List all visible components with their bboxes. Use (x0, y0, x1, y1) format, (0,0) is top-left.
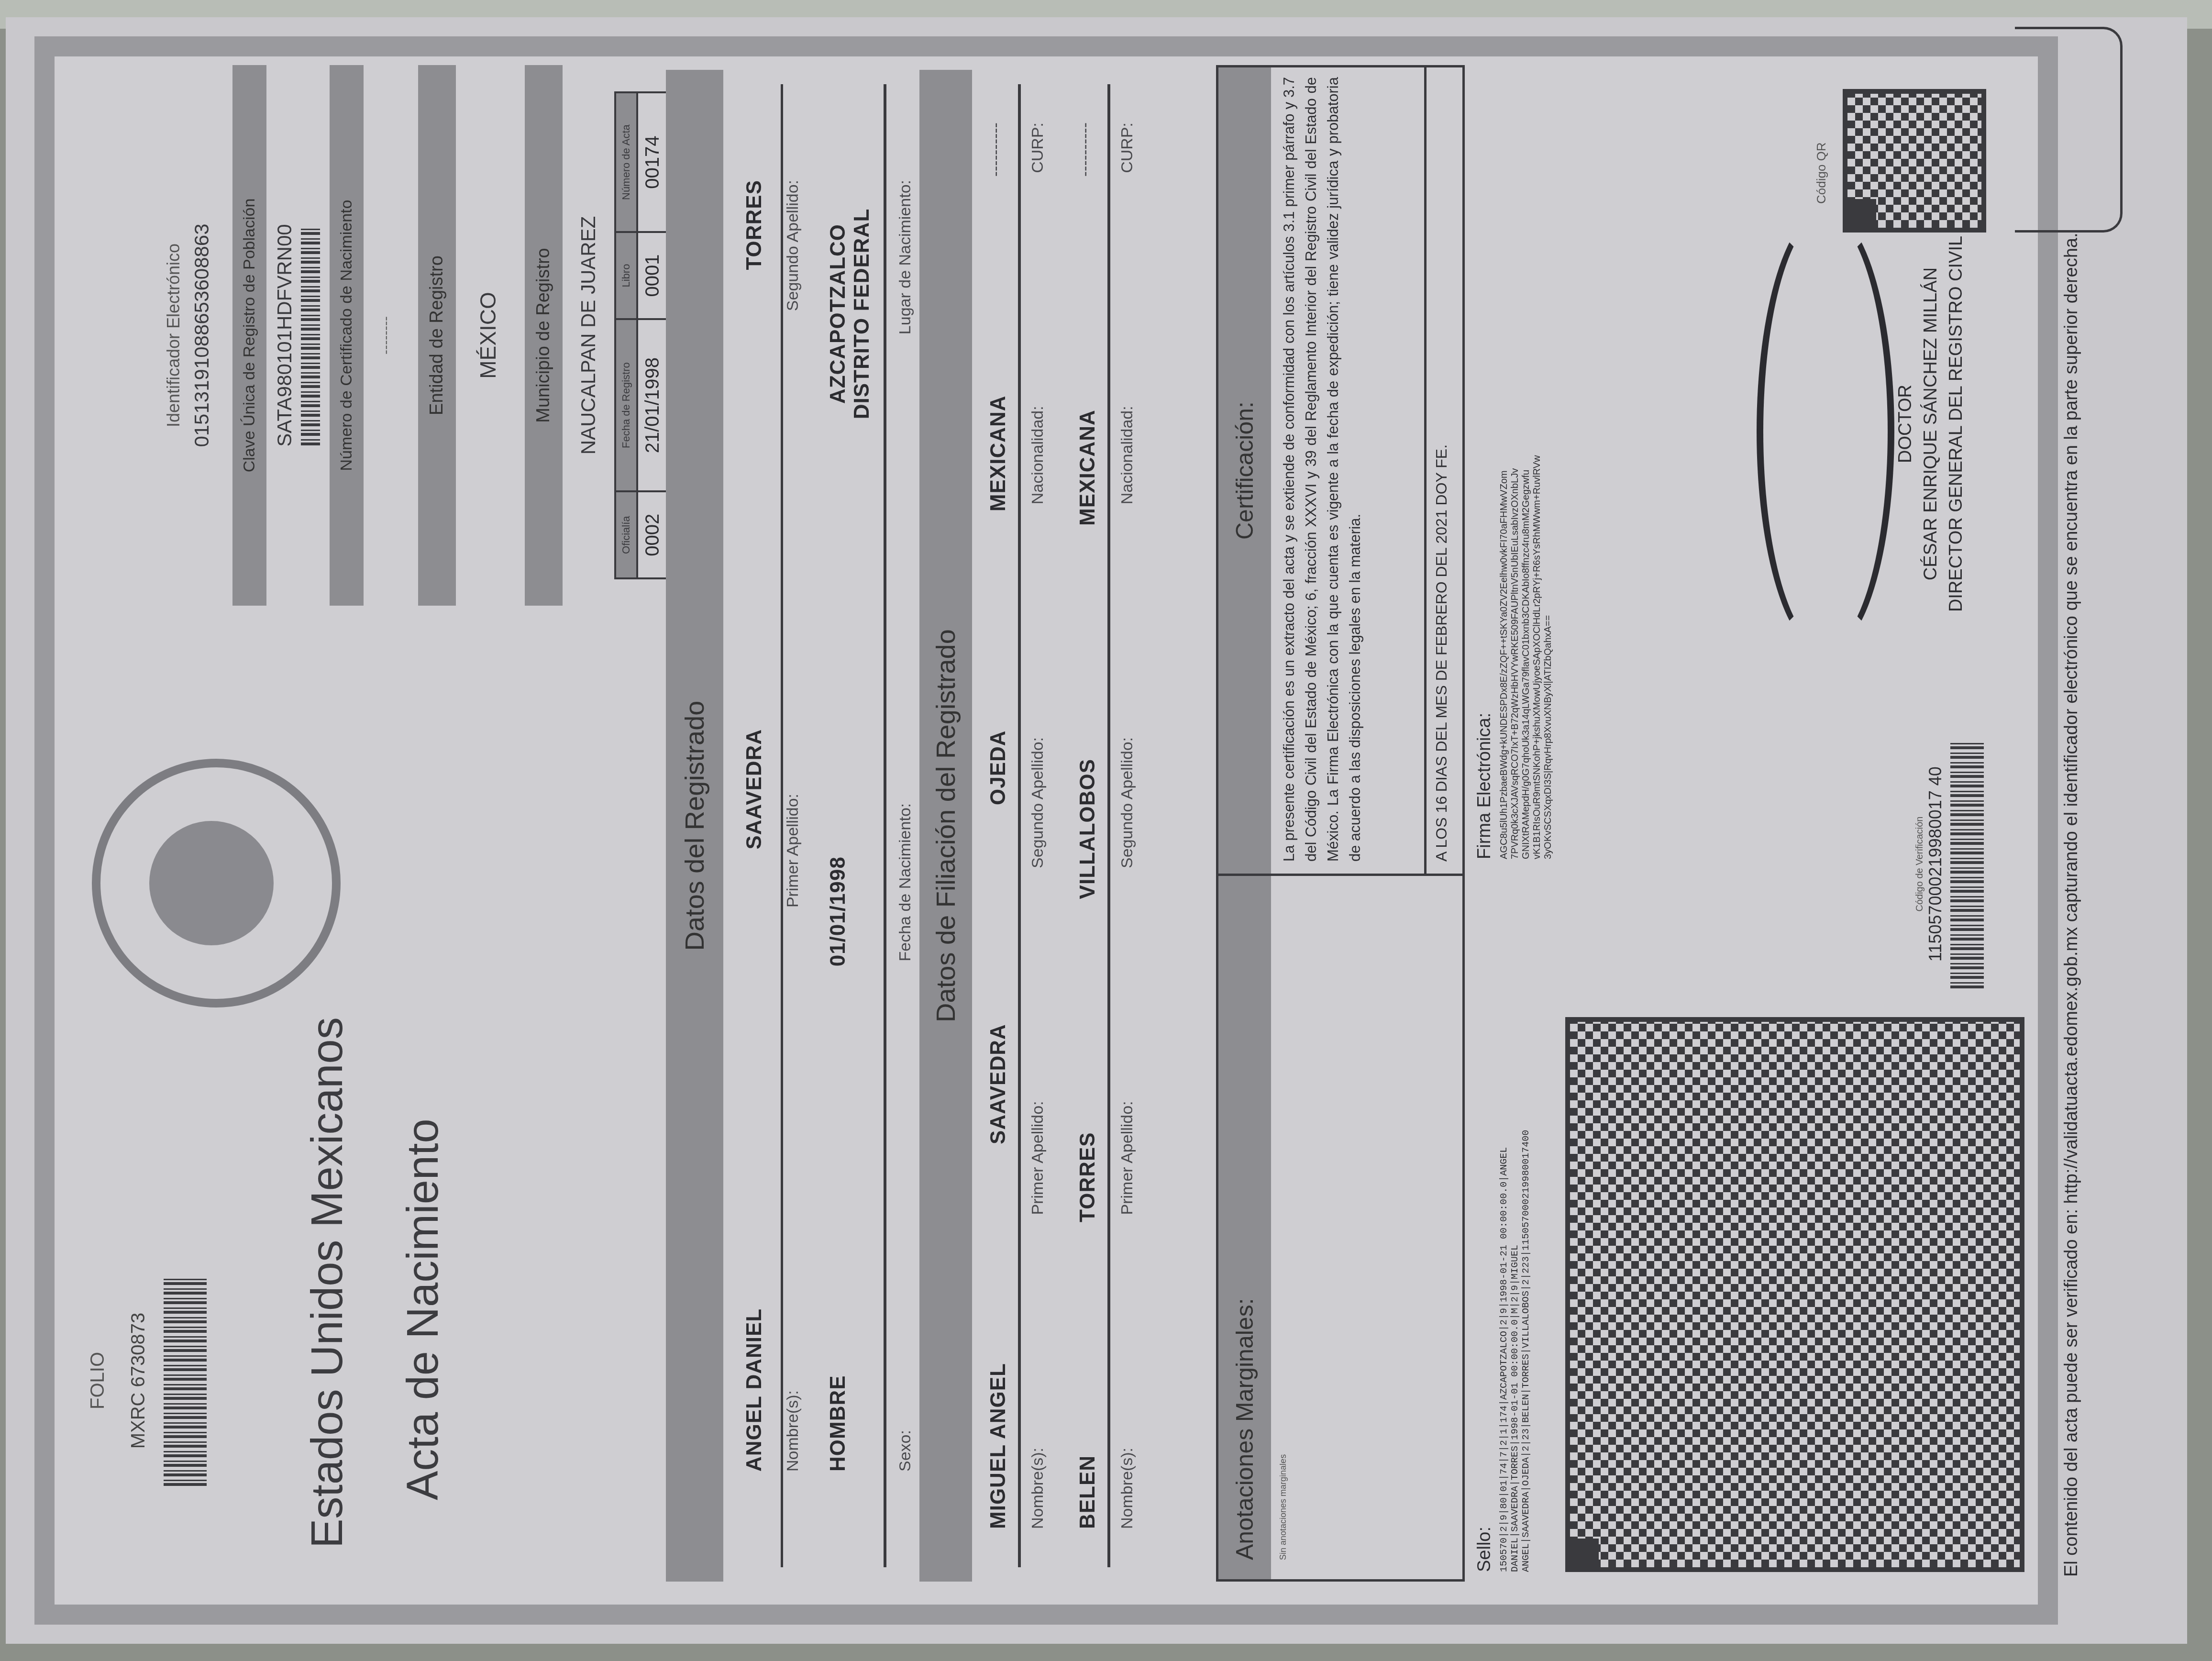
signature-line-1: AGC8u5lUh1PzbaeBWdg+kUNDESPDx8E/zZQF++tS… (1499, 65, 1510, 859)
registrant-birth-date-label: Fecha de Nacimiento: (896, 803, 915, 962)
entity-label: Entidad de Registro (418, 65, 456, 606)
curp-label: Clave Única de Registro de Población (232, 65, 266, 606)
registrant-second-surname: TORRES (742, 180, 766, 270)
mother-second-surname-label: Segundo Apellido: (1118, 737, 1137, 868)
registry-acta: 00174 (637, 92, 668, 232)
registrant-birth-place: AZCAPOTZALCO DISTRITO FEDERAL (826, 180, 874, 448)
entity-value: MÉXICO (475, 65, 501, 606)
signatory-position: DIRECTOR GENERAL DEL REGISTRO CIVIL (1946, 161, 1967, 687)
registrant-sex-label: Sexo: (896, 1430, 915, 1472)
qr-code-label: Código QR (1814, 142, 1829, 204)
signature-line-2: 7PVRq0k3cXJAVsqRCO7IxT+B72qWzHbHVYwRKE50… (1510, 65, 1521, 859)
registrant-birth-date: 01/01/1998 (826, 856, 874, 966)
mother-nationality: MEXICANA (1076, 410, 1100, 526)
registrant-names: ANGEL DANIEL (742, 1308, 766, 1472)
signature-line-4: vK1B1RIsOuR9mtSNKohP+jkshuXMowUjyoeSApXO… (1532, 65, 1543, 859)
father-first-surname-label: Primer Apellido: (1029, 1101, 1047, 1215)
signatory-block: DOCTOR CÉSAR ENRIQUE SÁNCHEZ MILLÁN DIRE… (1895, 161, 1967, 687)
curp-barcode (301, 225, 320, 445)
verification-barcode (1950, 740, 1984, 988)
registry-fecha: 21/01/1998 (637, 319, 668, 491)
mother-first-surname: TORRES (1076, 1132, 1100, 1222)
registrant-second-surname-label: Segundo Apellido: (784, 180, 802, 311)
document-title: Acta de Nacimiento (398, 878, 448, 1500)
seal-block: Sello: 150570|2|9|80|01|74|7|2|1|174|AZC… (1474, 874, 1532, 1572)
certification-title: Certificación: (1218, 67, 1271, 874)
folio-number: MXRC 6730873 (128, 1261, 149, 1500)
electronic-signature-block: Firma Electrónica: AGC8u5lUh1PzbaeBWdg+k… (1474, 65, 1554, 859)
signature-line-3: GNIXtRAMepdH/g0G7qhoUk3a14qLWGa79flavC01… (1521, 65, 1532, 859)
mother-names: BELEN (1076, 1455, 1100, 1529)
municipality-label: Municipio de Registro (525, 65, 563, 606)
data-matrix-code (1565, 1017, 2024, 1572)
country-title: Estados Unidos Mexicanos (302, 926, 353, 1548)
folio-barcode (164, 1275, 207, 1486)
seal-line-2: DANIEL|SAAVEDRA|TORRES|1998-01-01 00:00:… (1510, 874, 1521, 1572)
birth-certificate-document: FOLIO MXRC 6730873 Estados Unidos Mexica… (6, 17, 2187, 1644)
registrant-data: ANGEL DANIEL SAAVEDRA TORRES Nombre(s): … (742, 84, 915, 1567)
registry-header-fecha: Fecha de Registro (615, 319, 637, 491)
signature-line-5: 3yOKvSCSXqxDI3S|RqvHrp8XvuXNByXl|ATIZbQa… (1543, 65, 1554, 859)
registrant-section-title: Datos del Registrado (666, 70, 723, 1582)
mother-first-surname-label: Primer Apellido: (1118, 1101, 1137, 1215)
registrant-first-surname: SAAVEDRA (742, 729, 766, 850)
verification-code-label: Código de Verificación (1914, 730, 1925, 998)
eagle-emblem-icon (149, 821, 274, 945)
certification-body: La presente certificación es un extracto… (1278, 77, 1366, 862)
father-names-label: Nombre(s): (1029, 1448, 1047, 1529)
folio-block: FOLIO MXRC 6730873 (87, 1261, 207, 1500)
mother-curp: ---------- (1076, 122, 1100, 177)
signatory-title: DOCTOR (1895, 161, 1916, 687)
mother-second-surname: VILLALOBOS (1076, 759, 1100, 899)
verification-footer-text: El contenido del acta puede ser verifica… (2058, 8, 2085, 1577)
mother-nationality-label: Nacionalidad: (1118, 406, 1137, 504)
registry-header-oficialia: Oficialía (615, 491, 637, 578)
electronic-signature-label: Firma Electrónica: (1474, 65, 1495, 859)
qr-code (1843, 89, 1986, 233)
registrant-names-label: Nombre(s): (784, 1390, 802, 1472)
registrant-first-surname-label: Primer Apellido: (784, 794, 802, 908)
father-first-surname: SAAVEDRA (986, 1024, 1010, 1144)
birth-cert-number-label: Número de Certificado de Nacimiento (330, 65, 364, 606)
filiation-data: MIGUEL ANGEL SAAVEDRA OJEDA MEXICANA ---… (986, 84, 1137, 1567)
registry-table: Oficialía Fecha de Registro Libro Número… (614, 91, 669, 579)
annotations-certification-box: Anotaciones Marginales: Sin anotaciones … (1216, 65, 1465, 1582)
filiation-section-title: Datos de Filiación del Registrado (919, 70, 972, 1582)
birth-cert-number: -------- (378, 65, 394, 606)
header-ids: Identificador Electrónico 01513191088653… (164, 65, 669, 606)
seal-line-1: 150570|2|9|80|01|74|7|2|1|174|AZCAPOTZAL… (1499, 874, 1510, 1572)
marginal-notes-title: Anotaciones Marginales: (1218, 876, 1271, 1579)
seal-line-3: ANGEL|SAAVEDRA|OJEDA|2|23|BELEN|TORRES|V… (1521, 874, 1532, 1572)
signatory-name: CÉSAR ENRIQUE SÁNCHEZ MILLÁN (1921, 161, 1941, 687)
registry-oficialia: 0002 (637, 491, 668, 578)
electronic-id: 01513191088653608863 (190, 65, 213, 606)
father-curp: ---------- (986, 122, 1010, 177)
registrant-sex: HOMBRE (826, 1375, 874, 1472)
registrant-birth-place-label: Lugar de Nacimiento: (896, 180, 915, 334)
handwritten-signature (1757, 210, 1894, 653)
father-nationality: MEXICANA (986, 396, 1010, 512)
verification-code: 115057000219980017 40 (1925, 730, 1946, 998)
verification-block: Código de Verificación 11505700021998001… (1914, 730, 1984, 998)
municipality-value: NAUCALPAN DE JUAREZ (577, 65, 600, 606)
registry-libro: 0001 (637, 232, 668, 319)
father-curp-label: CURP: (1029, 122, 1047, 173)
curp-value: SATA980101HDFVRN00 (273, 65, 296, 606)
marginal-notes-body: Sin anotaciones marginales (1278, 1454, 1288, 1560)
electronic-id-label: Identificador Electrónico (164, 65, 184, 606)
seal-label: Sello: (1474, 874, 1495, 1572)
father-second-surname-label: Segundo Apellido: (1029, 737, 1047, 868)
mother-curp-label: CURP: (1118, 122, 1137, 173)
certification-date: A LOS 16 DIAS DEL MES DE FEBRERO DEL 202… (1433, 444, 1450, 862)
registry-header-libro: Libro (615, 232, 637, 319)
registry-header-acta: Número de Acta (615, 92, 637, 232)
mother-names-label: Nombre(s): (1118, 1448, 1137, 1529)
father-names: MIGUEL ANGEL (986, 1363, 1010, 1529)
father-nationality-label: Nacionalidad: (1029, 406, 1047, 504)
folio-label: FOLIO (87, 1261, 109, 1500)
father-second-surname: OJEDA (986, 730, 1010, 805)
